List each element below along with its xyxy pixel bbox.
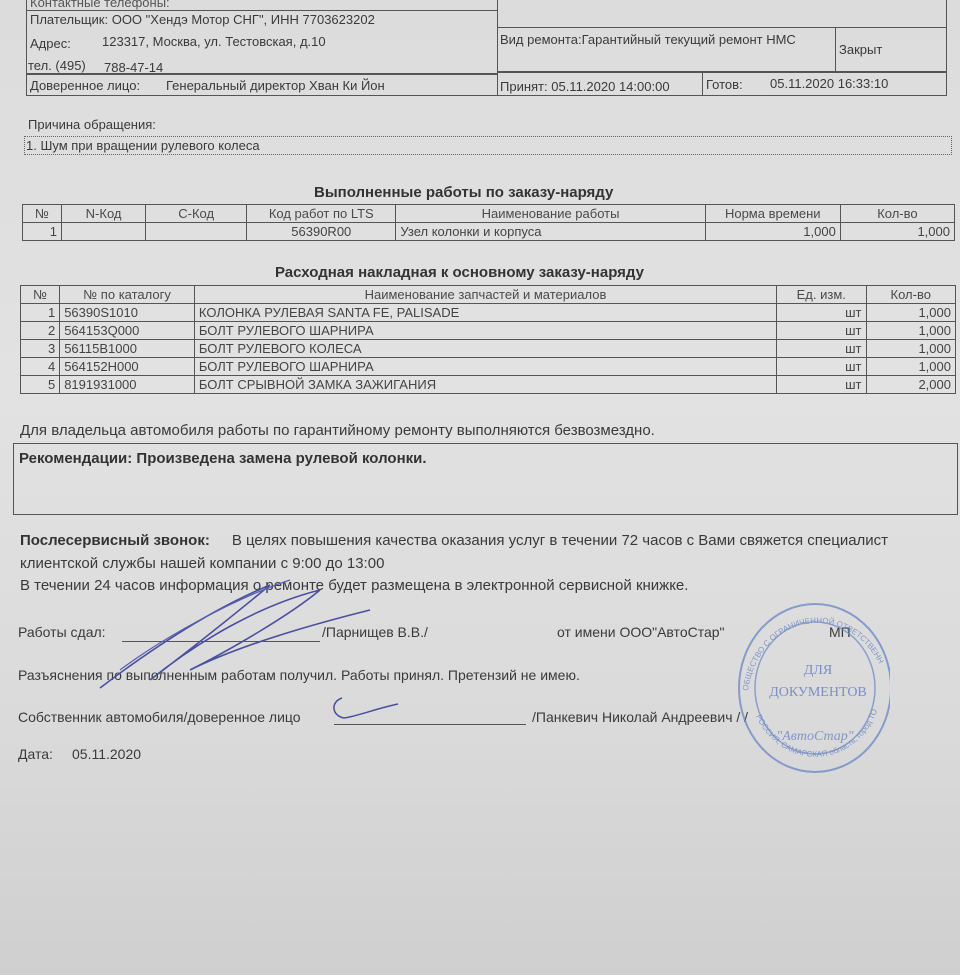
col-qty: Кол-во — [840, 205, 954, 223]
cell-qty: 1,000 — [866, 358, 956, 376]
cell-number: 4 — [21, 358, 60, 376]
owner-signature-line — [334, 724, 526, 725]
col-part-name: Наименование запчастей и материалов — [194, 286, 776, 304]
parts-header-row: № № по каталогу Наименование запчастей и… — [21, 286, 956, 304]
reason-label: Причина обращения: — [28, 117, 156, 132]
works-header-row: № N-Код С-Код Код работ по LTS Наименова… — [23, 205, 955, 223]
table-row: 1 56390R00 Узел колонки и корпуса 1,000 … — [23, 223, 955, 241]
cell-unit: шт — [777, 304, 866, 322]
table-row: 2 564153Q000 БОЛТ РУЛЕВОГО ШАРНИРА шт 1,… — [21, 322, 956, 340]
repair-type: Вид ремонта:Гарантийный текущий ремонт Н… — [500, 32, 796, 47]
cell-number: 1 — [23, 223, 62, 241]
cell-unit: шт — [777, 322, 866, 340]
on-behalf: от имени ООО"АвтоСтар" — [557, 624, 725, 640]
divider — [26, 10, 498, 11]
cell-qty: 2,000 — [866, 376, 956, 394]
company-stamp: ОБЩЕСТВО С ОГРАНИЧЕННОЙ ОТВЕТСТВЕННОСТЬЮ… — [730, 596, 880, 776]
cell-unit: шт — [777, 358, 866, 376]
cell-part-name: КОЛОНКА РУЛЕВАЯ SANTA FE, PALISADE — [194, 304, 776, 322]
cell-part-name: БОЛТ РУЛЕВОГО ШАРНИРА — [194, 322, 776, 340]
svg-text:"АвтоСтар": "АвтоСтар" — [776, 729, 853, 744]
cell-unit: шт — [777, 376, 866, 394]
status-badge: Закрыт — [839, 42, 882, 57]
accepted-datetime: Принят: 05.11.2020 14:00:00 — [500, 79, 670, 94]
col-work-name: Наименование работы — [396, 205, 705, 223]
table-row: 4 564152H000 БОЛТ РУЛЕВОГО ШАРНИРА шт 1,… — [21, 358, 956, 376]
cell-number: 3 — [21, 340, 60, 358]
ready-value: 05.11.2020 16:33:10 — [770, 76, 888, 91]
cell-catalog: 564153Q000 — [60, 322, 195, 340]
trusted-person-value: Генеральный директор Хван Ки Йон — [166, 78, 385, 93]
col-number: № — [23, 205, 62, 223]
table-row: 1 56390S1010 КОЛОНКА РУЛЕВАЯ SANTA FE, P… — [21, 304, 956, 322]
col-unit: Ед. изм. — [777, 286, 866, 304]
cell-number: 2 — [21, 322, 60, 340]
parts-table: № № по каталогу Наименование запчастей и… — [20, 285, 956, 394]
cell-catalog: 8191931000 — [60, 376, 195, 394]
cell-lts: 56390R00 — [247, 223, 396, 241]
owner-signature-icon — [328, 694, 408, 724]
cell-qty: 1,000 — [866, 304, 956, 322]
works-title: Выполненные работы по заказу-наряду — [314, 184, 613, 201]
col-catalog: № по каталогу — [60, 286, 195, 304]
date-label: Дата: — [18, 746, 53, 762]
phone-value: 788-47-14 — [104, 60, 163, 75]
cell-norm: 1,000 — [705, 223, 840, 241]
parts-title: Расходная накладная к основному заказу-н… — [275, 264, 644, 281]
cell-part-name: БОЛТ СРЫВНОЙ ЗАМКА ЗАЖИГАНИЯ — [194, 376, 776, 394]
warranty-note: Для владельца автомобиля работы по гаран… — [20, 422, 655, 439]
table-row: 3 56115B1000 БОЛТ РУЛЕВОГО КОЛЕСА шт 1,0… — [21, 340, 956, 358]
works-table: № N-Код С-Код Код работ по LTS Наименова… — [22, 204, 955, 241]
cell-ncode — [62, 223, 146, 241]
date-value: 05.11.2020 — [72, 746, 141, 762]
cell-qty: 1,000 — [866, 322, 956, 340]
payer-text: Плательщик: ООО "Хендэ Мотор СНГ", ИНН 7… — [30, 12, 375, 27]
repair-info-block — [497, 0, 947, 28]
col-ncode: N-Код — [62, 205, 146, 223]
svg-text:ДЛЯ: ДЛЯ — [804, 663, 832, 678]
cell-catalog: 564152H000 — [60, 358, 195, 376]
phone-label: тел. (495) — [28, 58, 86, 73]
after-service-line1: Послесервисный звонок:В целях повышения … — [20, 532, 888, 549]
cell-qty: 1,000 — [866, 340, 956, 358]
col-lts: Код работ по LTS — [247, 205, 396, 223]
after-service-text1: В целях повышения качества оказания услу… — [232, 532, 888, 549]
after-service-label: Послесервисный звонок: — [20, 532, 210, 549]
cell-catalog: 56115B1000 — [60, 340, 195, 358]
svg-text:ДОКУМЕНТОВ: ДОКУМЕНТОВ — [769, 685, 867, 700]
handwritten-signature-icon — [90, 570, 390, 700]
stamp-icon: ОБЩЕСТВО С ОГРАНИЧЕННОЙ ОТВЕТСТВЕННОСТЬЮ… — [730, 596, 890, 776]
cell-number: 1 — [21, 304, 60, 322]
reason-value: 1. Шум при вращении рулевого колеса — [26, 138, 260, 153]
cell-unit: шт — [777, 340, 866, 358]
owner-label: Собственник автомобиля/доверенное лицо — [18, 709, 301, 725]
ready-label: Готов: — [706, 77, 743, 92]
cell-catalog: 56390S1010 — [60, 304, 195, 322]
col-norm: Норма времени — [705, 205, 840, 223]
cell-part-name: БОЛТ РУЛЕВОГО КОЛЕСА — [194, 340, 776, 358]
col-ccode: С-Код — [146, 205, 247, 223]
col-number: № — [21, 286, 60, 304]
cell-work-name: Узел колонки и корпуса — [396, 223, 705, 241]
col-qty: Кол-во — [866, 286, 956, 304]
address-value: 123317, Москва, ул. Тестовская, д.10 — [102, 34, 326, 49]
contact-phones-label: Контактные телефоны: — [30, 0, 170, 10]
address-label: Адрес: — [30, 36, 71, 51]
recommendations-text: Рекомендации: Произведена замена рулевой… — [19, 450, 427, 467]
trusted-person-label: Доверенное лицо: — [30, 78, 140, 93]
cell-qty: 1,000 — [840, 223, 954, 241]
cell-ccode — [146, 223, 247, 241]
cell-part-name: БОЛТ РУЛЕВОГО ШАРНИРА — [194, 358, 776, 376]
table-row: 5 8191931000 БОЛТ СРЫВНОЙ ЗАМКА ЗАЖИГАНИ… — [21, 376, 956, 394]
owner-name: /Панкевич Николай Андреевич / / — [532, 709, 748, 725]
cell-number: 5 — [21, 376, 60, 394]
